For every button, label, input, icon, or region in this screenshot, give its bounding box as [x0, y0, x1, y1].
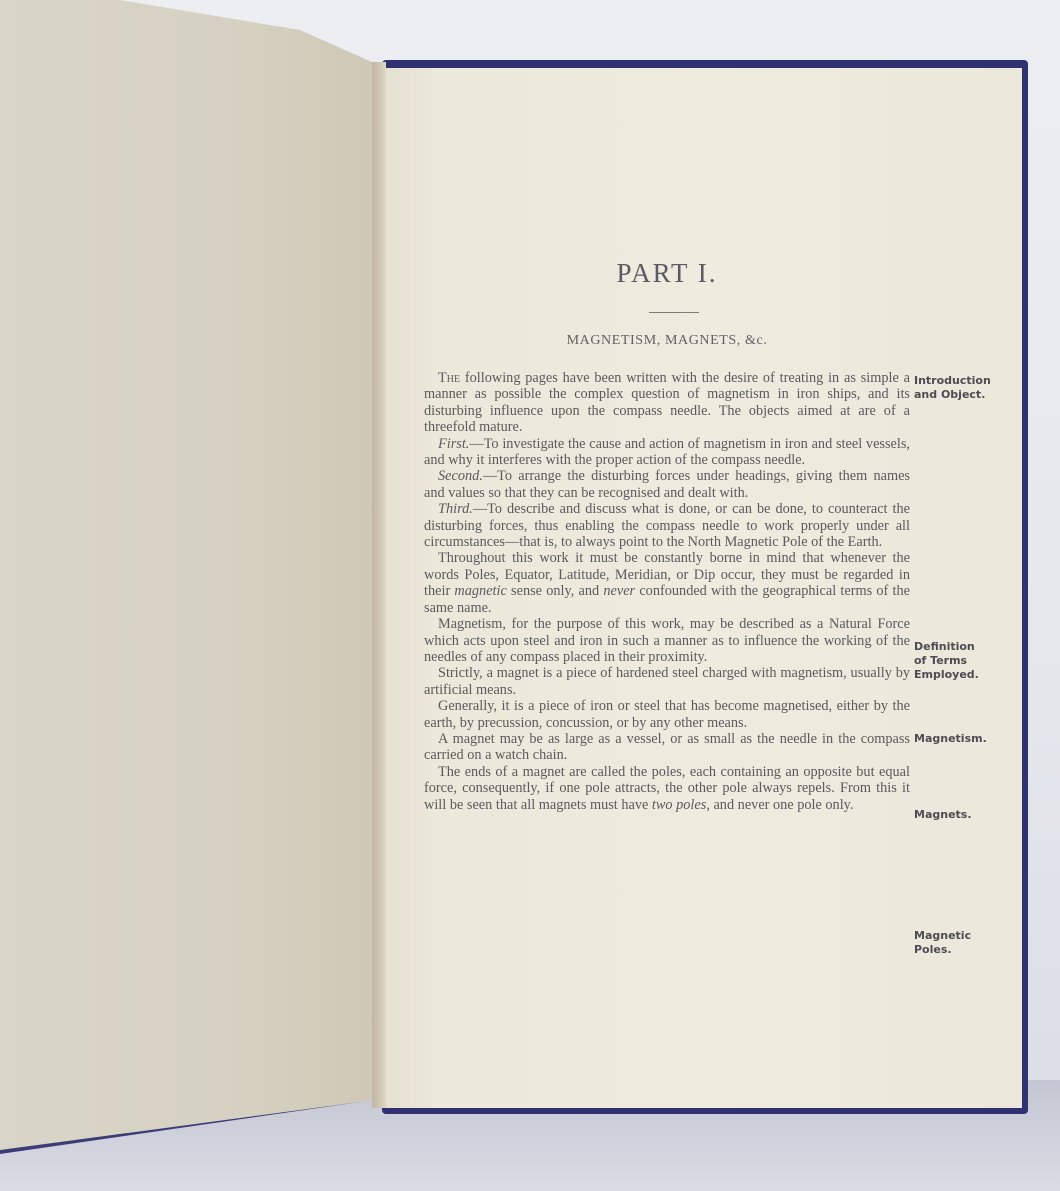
poles-text-b: and never one pole only.: [710, 797, 854, 813]
sidenote-magnetism: Magnetism.: [914, 732, 1024, 746]
sidenote-line: Poles.: [914, 943, 1024, 957]
second-text: —To arrange the disturbing forces under …: [424, 468, 910, 500]
sidenote-introduction: Introduction and Object.: [914, 374, 1024, 402]
book-spine-gutter: [372, 62, 386, 1108]
first-label: First.: [438, 436, 469, 452]
second-label: Second.: [438, 468, 483, 484]
sidenote-line: Magnetism.: [914, 732, 1024, 746]
third-text: —To describe and discuss what is done, o…: [424, 501, 910, 550]
title-rule: [649, 312, 699, 313]
sidenote-magnets: Magnets.: [914, 808, 1024, 822]
sidenote-magnetic-poles: Magnetic Poles.: [914, 929, 1024, 957]
third-label: Third.: [438, 501, 473, 517]
paragraph-strictly: Strictly, a magnet is a piece of hardene…: [424, 665, 910, 698]
left-blank-page: [0, 0, 375, 1150]
sidenote-definition: Definition of Terms Employed.: [914, 640, 1024, 682]
paragraph-third: Third.—To describe and discuss what is d…: [424, 501, 910, 550]
intro-lead: The: [438, 370, 460, 386]
definition-italic-magnetic: magnetic: [454, 583, 506, 599]
sidenote-line: of Terms: [914, 654, 1024, 668]
sidenote-line: Magnets.: [914, 808, 1024, 822]
paragraph-size: A magnet may be as large as a vessel, or…: [424, 731, 910, 764]
paragraph-poles: The ends of a magnet are called the pole…: [424, 764, 910, 813]
body-text: The following pages have been written wi…: [424, 370, 910, 813]
paragraph-generally: Generally, it is a piece of iron or stee…: [424, 698, 910, 731]
intro-text: following pages have been written with t…: [424, 370, 910, 435]
paragraph-intro: The following pages have been written wi…: [424, 370, 910, 436]
paragraph-definition: Throughout this work it must be constant…: [424, 550, 910, 616]
paragraph-first: First.—To investigate the cause and acti…: [424, 436, 910, 469]
sidenote-line: Magnetic: [914, 929, 1024, 943]
section-title: MAGNETISM, MAGNETS, &c.: [424, 333, 910, 349]
definition-italic-never: never: [603, 583, 635, 599]
paragraph-second: Second.—To arrange the disturbing forces…: [424, 468, 910, 501]
sidenote-line: and Object.: [914, 388, 1024, 402]
first-text: —To investigate the cause and action of …: [424, 436, 910, 468]
definition-text-b: sense only, and: [507, 583, 604, 599]
paragraph-magnetism: Magnetism, for the purpose of this work,…: [424, 616, 910, 665]
part-title: PART I.: [424, 258, 910, 289]
sidenote-line: Introduction: [914, 374, 1024, 388]
poles-italic: two poles,: [652, 797, 710, 813]
sidenote-line: Employed.: [914, 668, 1024, 682]
sidenote-line: Definition: [914, 640, 1024, 654]
